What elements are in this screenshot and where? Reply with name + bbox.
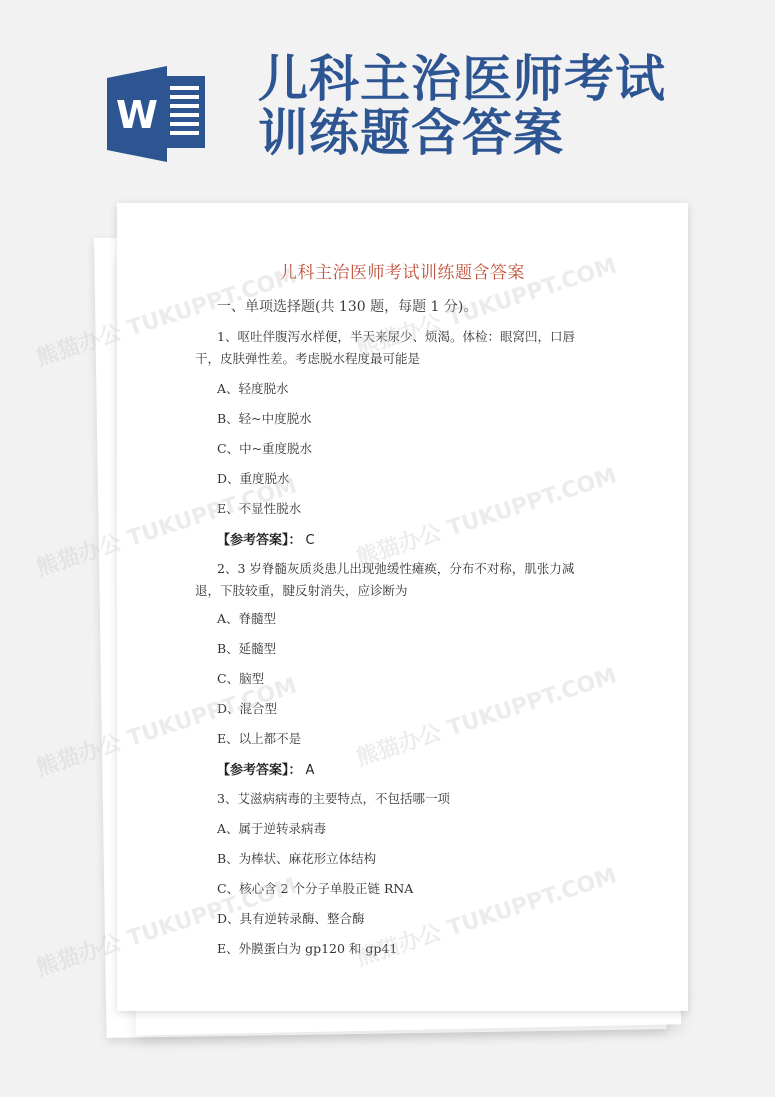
svg-text:W: W — [116, 93, 158, 137]
question-1-option-d: D、重度脱水 — [217, 469, 290, 487]
question-2-option-c: C、脑型 — [217, 669, 264, 687]
question-1-stem-line1: 1、呕吐伴腹泻水样便，半天来尿少、烦渴。体检：眼窝凹，口唇 — [217, 327, 575, 345]
question-1-option-a: A、轻度脱水 — [217, 379, 289, 397]
banner-title-line1: 儿科主治医师考试 — [258, 52, 666, 106]
document-page: 儿科主治医师考试训练题含答案 一、单项选择题(共 130 题，每题 1 分)。 … — [117, 203, 688, 1011]
word-document-icon: W — [107, 66, 207, 162]
question-2-option-a: A、脊髓型 — [217, 609, 276, 627]
banner-title: 儿科主治医师考试 训练题含答案 — [258, 52, 666, 160]
question-2-stem-line1: 2、3 岁脊髓灰质炎患儿出现弛缓性瘫痪，分布不对称，肌张力减 — [217, 559, 574, 577]
question-1-stem-line2: 干，皮肤弹性差。考虑脱水程度最可能是 — [195, 349, 420, 367]
banner-title-line2: 训练题含答案 — [258, 106, 666, 160]
question-1-option-c: C、中~重度脱水 — [217, 439, 312, 457]
question-3-option-c: C、核心含 2 个分子单股正链 RNA — [217, 879, 413, 897]
question-3-stem: 3、艾滋病病毒的主要特点，不包括哪一项 — [217, 789, 450, 807]
question-2-option-b: B、延髓型 — [217, 639, 276, 657]
question-2-option-e: E、以上都不是 — [217, 729, 301, 747]
question-1-option-b: B、轻~中度脱水 — [217, 409, 312, 427]
question-2-stem-line2: 退，下肢较重，腱反射消失，应诊断为 — [195, 581, 408, 599]
answer-value: C — [306, 533, 315, 548]
question-2-option-d: D、混合型 — [217, 699, 277, 717]
question-1-answer: 【参考答案】：C — [217, 529, 315, 548]
answer-label: 【参考答案】： — [217, 763, 302, 778]
question-3-option-a: A、属于逆转录病毒 — [217, 819, 326, 837]
document-title: 儿科主治医师考试训练题含答案 — [117, 258, 688, 283]
question-1-option-e: E、不显性脱水 — [217, 499, 301, 517]
answer-label: 【参考答案】： — [217, 533, 302, 548]
question-2-answer: 【参考答案】：A — [217, 759, 314, 778]
header-banner: W 儿科主治医师考试 训练题含答案 — [0, 0, 775, 190]
section-heading: 一、单项选择题(共 130 题，每题 1 分)。 — [217, 296, 477, 316]
question-3-option-e: E、外膜蛋白为 gp120 和 gp41 — [217, 939, 397, 957]
answer-value: A — [306, 763, 315, 778]
question-3-option-d: D、具有逆转录酶、整合酶 — [217, 909, 365, 927]
question-3-option-b: B、为棒状、麻花形立体结构 — [217, 849, 376, 867]
